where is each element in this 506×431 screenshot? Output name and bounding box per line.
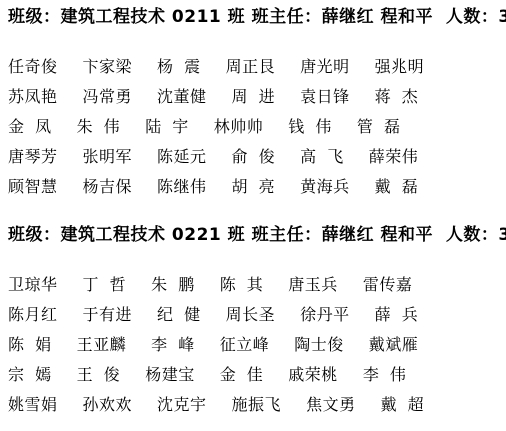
class-header: 班级：建筑工程技术 0221 班 班主任：薛继红 程和平 人数：30	[8, 224, 502, 246]
student-name: 孙欢欢	[83, 390, 133, 420]
student-row: 金 凤 朱 伟 陆 宇 林帅帅 钱 伟 管 磊	[8, 112, 502, 142]
document-page: 班级：建筑工程技术 0211 班 班主任：薛继红 程和平 人数：30 任奇俊 卞…	[0, 0, 506, 420]
student-name: 强兆明	[375, 52, 425, 82]
student-name: 沈克宇	[157, 390, 207, 420]
student-name: 姚雪娟	[8, 390, 58, 420]
student-row: 宗 嫣 王 俊 杨建宝 金 佳 戚荣桃 李 伟	[8, 360, 502, 390]
student-name: 陈延元	[157, 142, 207, 172]
student-name: 陈 其	[220, 270, 264, 300]
student-name: 唐琴芳	[8, 142, 58, 172]
student-name: 徐丹平	[300, 300, 350, 330]
student-row: 陈月红 于有进 纪 健 周长圣 徐丹平 薛 兵	[8, 300, 502, 330]
student-row: 姚雪娟 孙欢欢 沈克宇 施振飞 焦文勇 戴 超	[8, 390, 502, 420]
student-name: 金 凤	[8, 112, 52, 142]
student-name: 丁 哲	[83, 270, 127, 300]
student-name: 金 佳	[220, 360, 264, 390]
student-name: 袁日锋	[300, 82, 350, 112]
student-row: 任奇俊 卞家梁 杨 震 周正艮 唐光明 强兆明	[8, 52, 502, 82]
student-name: 戚荣桃	[288, 360, 338, 390]
student-name: 高 飞	[300, 142, 344, 172]
student-name: 钱 伟	[288, 112, 332, 142]
student-name: 苏凤艳	[8, 82, 58, 112]
student-name: 焦文勇	[306, 390, 356, 420]
student-name: 周 进	[232, 82, 276, 112]
student-row: 苏凤艳 冯常勇 沈董健 周 进 袁日锋 蒋 杰	[8, 82, 502, 112]
student-name: 任奇俊	[8, 52, 58, 82]
student-name: 雷传嘉	[363, 270, 413, 300]
student-row: 顾智慧 杨吉保 陈继伟 胡 亮 黄海兵 戴 磊	[8, 172, 502, 202]
student-name: 杨吉保	[83, 172, 133, 202]
student-name: 沈董健	[157, 82, 207, 112]
student-name: 周长圣	[226, 300, 276, 330]
student-name: 陶士俊	[294, 330, 344, 360]
student-name: 戴斌雁	[369, 330, 419, 360]
student-name: 唐玉兵	[288, 270, 338, 300]
student-name: 卞家梁	[83, 52, 133, 82]
student-name: 薛荣伟	[369, 142, 419, 172]
student-row: 卫琼华 丁 哲 朱 鹏 陈 其 唐玉兵 雷传嘉	[8, 270, 502, 300]
student-name: 戴 超	[381, 390, 425, 420]
student-name: 朱 鹏	[151, 270, 195, 300]
class-roster-section-0221: 班级：建筑工程技术 0221 班 班主任：薛继红 程和平 人数：30 卫琼华 丁…	[8, 224, 502, 420]
student-name: 施振飞	[232, 390, 282, 420]
student-row: 陈 娟 王亚麟 李 峰 征立峰 陶士俊 戴斌雁	[8, 330, 502, 360]
student-name: 陈 娟	[8, 330, 52, 360]
student-name: 陈月红	[8, 300, 58, 330]
student-name: 征立峰	[220, 330, 270, 360]
student-name: 蒋 杰	[375, 82, 419, 112]
student-name: 胡 亮	[232, 172, 276, 202]
student-name: 顾智慧	[8, 172, 58, 202]
student-name: 卫琼华	[8, 270, 58, 300]
student-name: 王亚麟	[77, 330, 127, 360]
student-name: 杨建宝	[145, 360, 195, 390]
student-name: 王 俊	[77, 360, 121, 390]
student-name: 黄海兵	[300, 172, 350, 202]
student-name: 冯常勇	[83, 82, 133, 112]
student-name: 宗 嫣	[8, 360, 52, 390]
student-name: 陈继伟	[157, 172, 207, 202]
student-name: 俞 俊	[232, 142, 276, 172]
student-name: 薛 兵	[375, 300, 419, 330]
student-name: 李 伟	[363, 360, 407, 390]
student-name: 戴 磊	[375, 172, 419, 202]
student-name: 林帅帅	[214, 112, 264, 142]
student-row: 唐琴芳 张明军 陈延元 俞 俊 高 飞 薛荣伟	[8, 142, 502, 172]
student-name: 陆 宇	[145, 112, 189, 142]
student-name: 李 峰	[151, 330, 195, 360]
student-name: 张明军	[83, 142, 133, 172]
student-name: 纪 健	[157, 300, 201, 330]
student-name: 唐光明	[300, 52, 350, 82]
student-name: 朱 伟	[77, 112, 121, 142]
class-roster-section-0211: 班级：建筑工程技术 0211 班 班主任：薛继红 程和平 人数：30 任奇俊 卞…	[8, 6, 502, 202]
student-name: 管 磊	[357, 112, 401, 142]
class-header: 班级：建筑工程技术 0211 班 班主任：薛继红 程和平 人数：30	[8, 6, 502, 28]
student-name: 于有进	[83, 300, 133, 330]
student-name: 杨 震	[157, 52, 201, 82]
student-name: 周正艮	[226, 52, 276, 82]
